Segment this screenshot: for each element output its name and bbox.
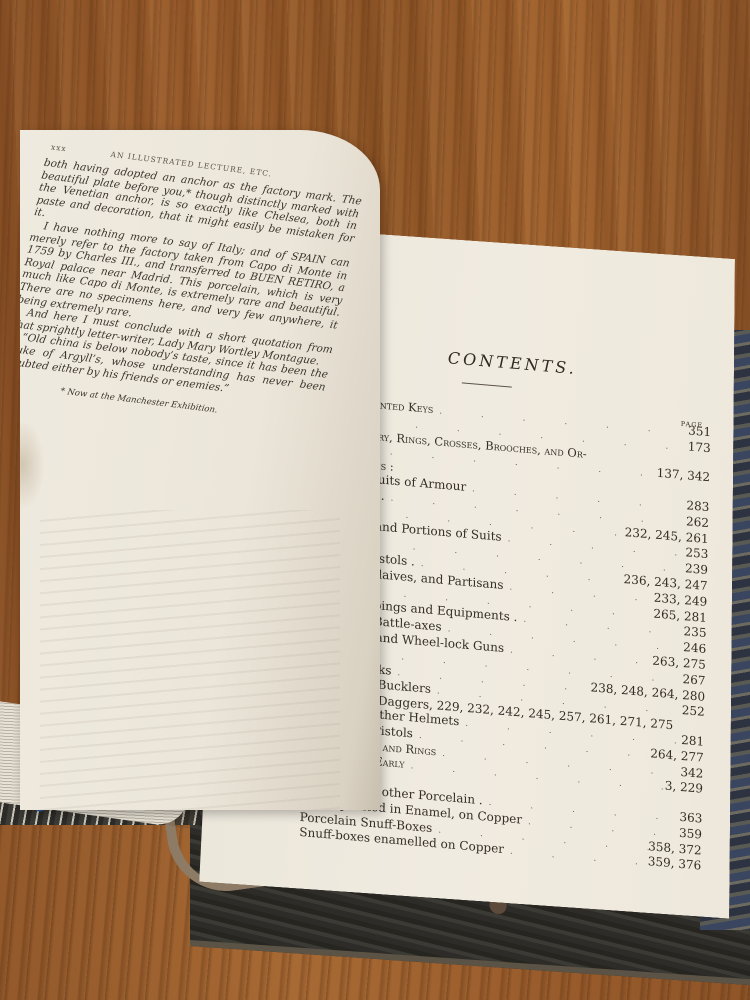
toc-entry-page: 267	[677, 672, 705, 688]
dot-leader	[673, 729, 685, 730]
toc-entry-page: 283	[681, 499, 709, 515]
verso-page: xxx AN ILLUSTRATED LECTURE, ETC. both ha…	[20, 130, 380, 810]
toc-entry-page	[682, 495, 710, 497]
show-through-text	[40, 510, 340, 810]
toc-entry-page: 246	[678, 641, 706, 657]
toc-entry-page: 252	[677, 704, 705, 720]
toc-entry-page: 3, 229	[665, 780, 703, 797]
toc-entry-page: 363	[674, 810, 702, 826]
toc-entry-page	[682, 466, 710, 468]
toc-entry-page: 253	[680, 546, 708, 562]
toc-entry-page: 342	[675, 765, 703, 781]
toc-entry-page: 281	[676, 733, 704, 749]
toc-entry-page	[675, 806, 703, 808]
toc-entry-page: 351	[683, 424, 711, 440]
toc-entry-page: 359, 376	[648, 855, 702, 873]
body-text: both having adopted an anchor as the fac…	[20, 157, 363, 407]
verso-text-block: xxx AN ILLUSTRATED LECTURE, ETC. both ha…	[20, 142, 366, 428]
toc-entry-page: 173	[683, 440, 711, 456]
toc-entry-page	[685, 730, 713, 732]
title-rule	[462, 382, 512, 387]
page-stain	[20, 420, 45, 510]
page-number: xxx	[50, 142, 111, 158]
toc-entry-page: 239	[680, 562, 708, 578]
toc-entry-page: 235	[678, 625, 706, 641]
toc-entry-page: 262	[681, 515, 709, 531]
toc-entry-page: 359	[674, 826, 702, 842]
